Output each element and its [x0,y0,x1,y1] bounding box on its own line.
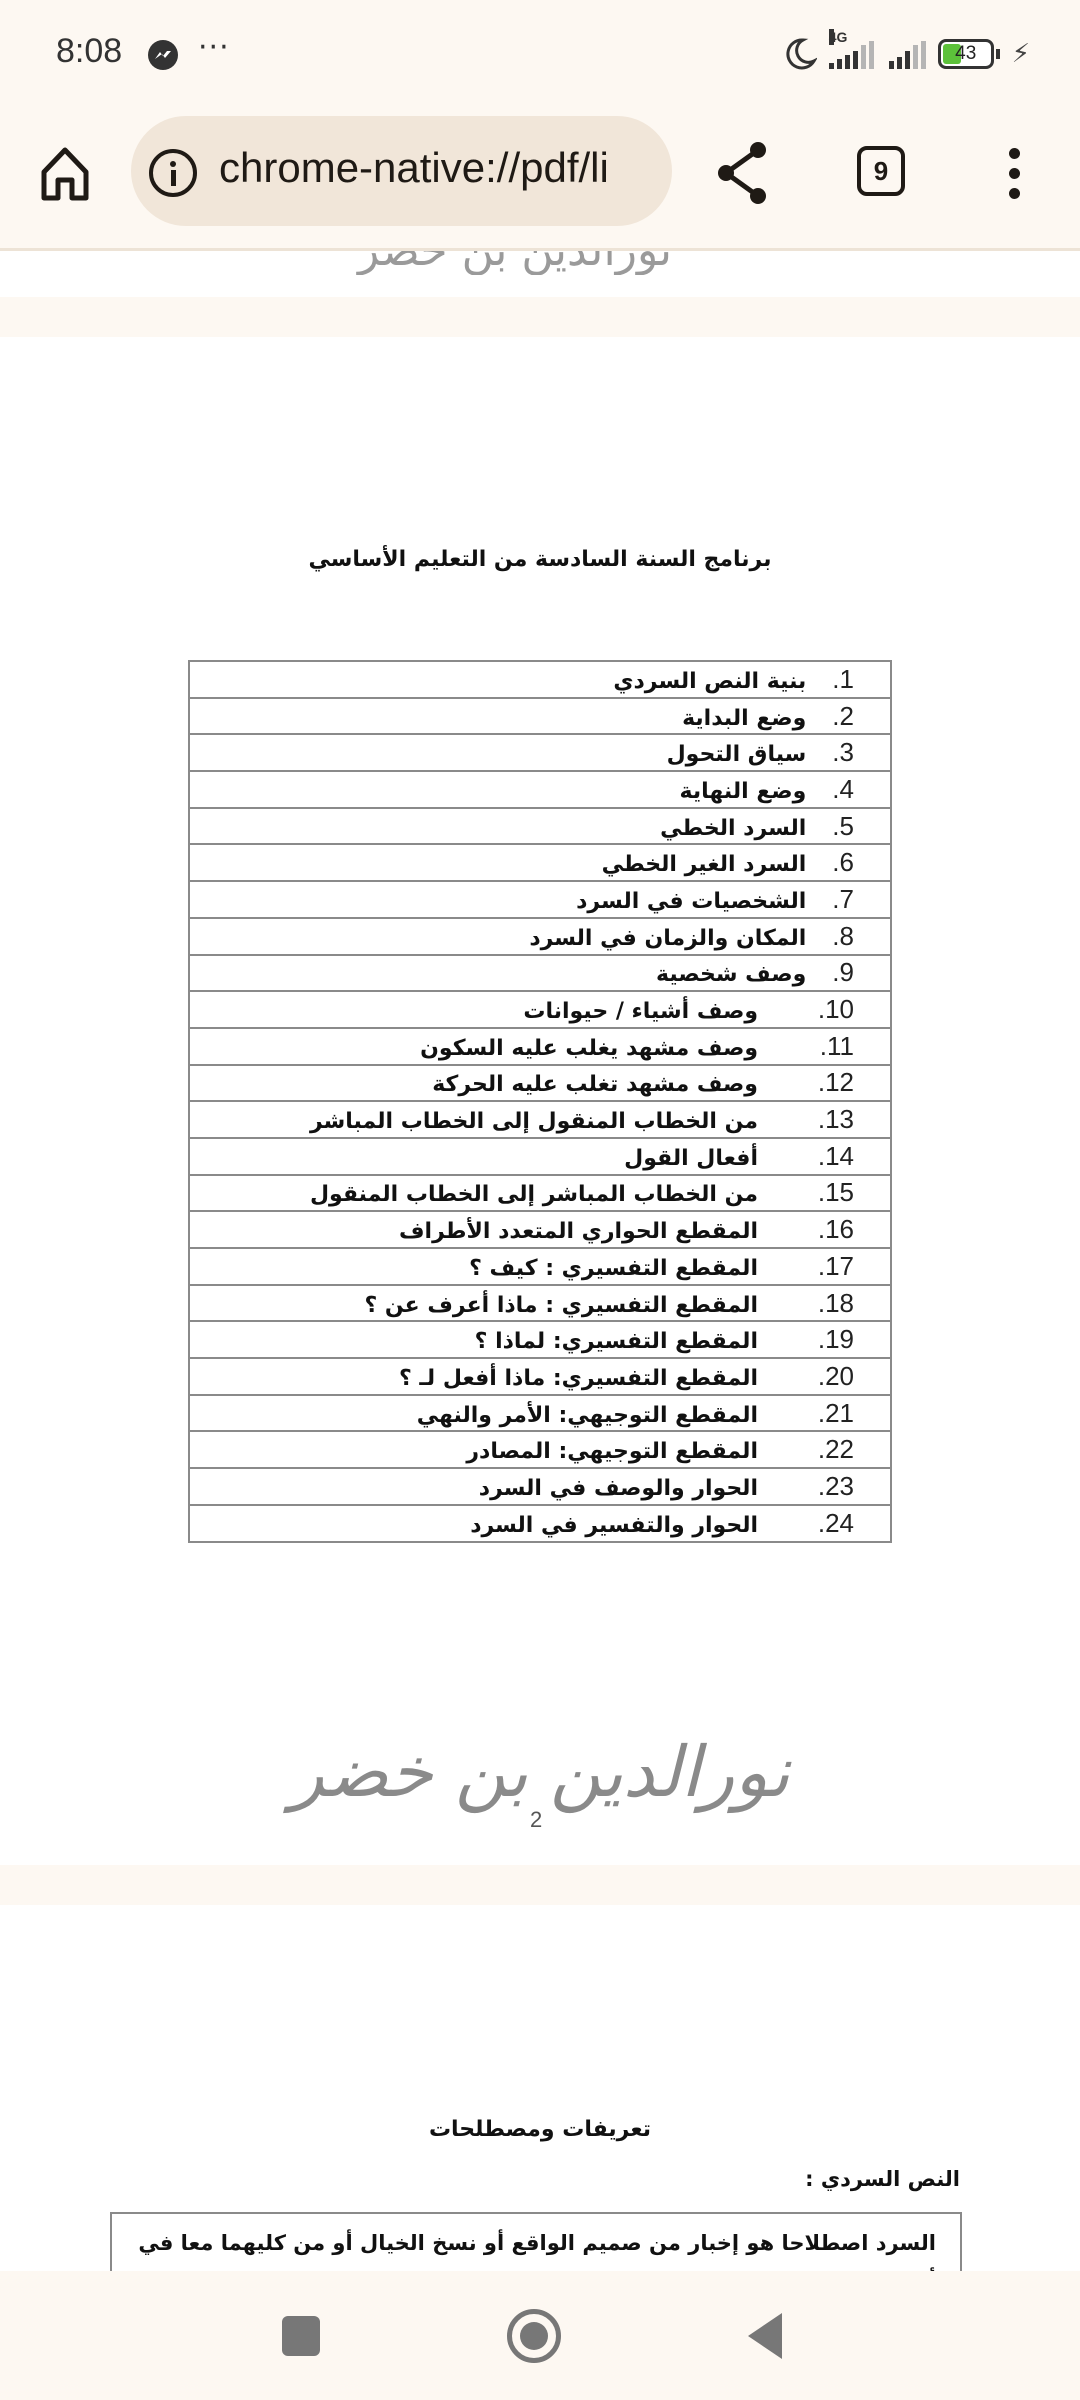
table-row: 9. وصف شخصية [189,955,891,992]
toc-table: 1. بنية النص السردي 2. وضع البداية 3. سي… [188,660,892,1543]
sub-heading: النص السردي : [805,2167,960,2191]
table-row: 7. الشخصيات في السرد [189,881,891,918]
item-label: المقطع التوجيهي: الأمر والنهي [417,1403,758,1428]
network-label: 4G [829,29,834,45]
item-number: 22. [794,1434,854,1465]
page-separator [0,297,1080,337]
item-label: أفعال القول [624,1146,758,1171]
item-label: وصف شخصية [656,962,806,987]
system-nav-bar [0,2271,1080,2400]
item-label: بنية النص السردي [613,669,806,694]
table-row: 11.وصف مشهد يغلب عليه السكون [189,1028,891,1065]
share-icon[interactable] [714,140,770,206]
tab-switcher-button[interactable]: 9 [857,146,905,196]
table-row: 24.الحوار والتفسير في السرد [189,1505,891,1542]
table-row: 19.المقطع التفسيري: لماذا ؟ [189,1321,891,1358]
item-label: الشخصيات في السرد [576,889,806,914]
page-title: برنامج السنة السادسة من التعليم الأساسي [0,547,1080,572]
item-number: 14. [794,1141,854,1172]
signal-4g-icon: 4G [829,39,877,69]
item-number: 6. [814,847,854,878]
item-label: من الخطاب المباشر إلى الخطاب المنقول [310,1182,758,1207]
item-number: 24. [794,1508,854,1539]
section-title: تعريفات ومصطلحات [0,2117,1080,2142]
item-label: المقطع التفسيري: لماذا ؟ [475,1329,758,1354]
table-row: 20.المقطع التفسيري: ماذا أفعل لـ ؟ [189,1358,891,1395]
definition-text: السرد اصطلاحا هو إخبار من صميم الواقع أو… [136,2224,936,2271]
item-number: 3. [814,737,854,768]
page-number: 2 [530,1807,542,1833]
pdf-viewer[interactable]: نورالدين بن خضر برنامج السنة السادسة من … [0,251,1080,2271]
table-row: 14.أفعال القول [189,1138,891,1175]
status-bar: 8:08 ··· 4G 43 ⚡︎ [0,0,1080,110]
item-label: المقطع التفسيري: ماذا أفعل لـ ؟ [399,1366,758,1391]
table-row: 8. المكان والزمان في السرد [189,918,891,955]
table-row: 17.المقطع التفسيري : كيف ؟ [189,1248,891,1285]
table-row: 5. السرد الخطي [189,808,891,845]
messenger-icon [148,40,178,70]
item-number: 12. [794,1067,854,1098]
table-row: 23.الحوار والوصف في السرد [189,1468,891,1505]
table-row: 16.المقطع الحواري المتعدد الأطراف [189,1211,891,1248]
item-label: وصف مشهد يغلب عليه السكون [420,1036,758,1061]
item-label: سياق التحول [667,742,807,767]
table-row: 6. السرد الغير الخطي [189,844,891,881]
back-button[interactable] [748,2313,782,2359]
recents-button[interactable] [282,2316,320,2356]
page-separator [0,1865,1080,1905]
item-number: 16. [794,1214,854,1245]
status-time: 8:08 [56,32,122,71]
overflow-menu-icon[interactable] [1000,148,1028,200]
more-notifications-icon: ··· [198,30,230,65]
browser-toolbar: chrome-native://pdf/li 9 [0,110,1080,251]
table-row: 15.من الخطاب المباشر إلى الخطاب المنقول [189,1175,891,1212]
item-number: 15. [794,1177,854,1208]
item-number: 2. [814,701,854,732]
item-label: السرد الغير الخطي [602,852,807,877]
info-icon[interactable] [149,149,197,197]
url-text[interactable]: chrome-native://pdf/li [219,144,664,192]
item-number: 23. [794,1471,854,1502]
home-icon[interactable] [40,144,90,204]
item-number: 20. [794,1361,854,1392]
table-row: 21.المقطع التوجيهي: الأمر والنهي [189,1395,891,1432]
item-number: 19. [794,1324,854,1355]
item-label: الحوار والوصف في السرد [479,1476,758,1501]
battery-tip [996,49,1000,59]
item-label: السرد الخطي [660,816,806,841]
table-row: 2. وضع البداية [189,698,891,735]
signal-icon [889,39,926,69]
item-label: وصف مشهد تغلب عليه الحركة [432,1072,758,1097]
table-row: 13.من الخطاب المنقول إلى الخطاب المباشر [189,1101,891,1138]
item-label: وصف أشياء / حيوانات [523,999,758,1024]
item-number: 5. [814,811,854,842]
item-number: 13. [794,1104,854,1135]
author-signature: نورالدين بن خضر [0,1731,1080,1813]
previous-page-signature: نورالدين بن خضر [290,251,740,275]
item-number: 7. [814,884,854,915]
item-label: وضع النهاية [680,779,807,804]
item-number: 4. [814,774,854,805]
item-number: 8. [814,921,854,952]
item-number: 11. [794,1031,854,1062]
charging-icon: ⚡︎ [1012,39,1030,69]
item-number: 9. [814,957,854,988]
table-row: 1. بنية النص السردي [189,661,891,698]
item-label: الحوار والتفسير في السرد [470,1513,758,1538]
address-bar[interactable]: chrome-native://pdf/li [131,116,672,226]
item-label: من الخطاب المنقول إلى الخطاب المباشر [310,1109,758,1134]
table-row: 10.وصف أشياء / حيوانات [189,991,891,1028]
moon-icon [783,37,817,71]
home-button[interactable] [507,2309,561,2363]
table-row: 18.المقطع التفسيري : ماذا أعرف عن ؟ [189,1285,891,1322]
table-row: 12.وصف مشهد تغلب عليه الحركة [189,1065,891,1102]
definition-box: السرد اصطلاحا هو إخبار من صميم الواقع أو… [110,2212,962,2271]
battery-icon: 43 [938,39,994,69]
item-label: المكان والزمان في السرد [529,926,806,951]
item-label: وضع البداية [682,706,806,731]
item-label: المقطع الحواري المتعدد الأطراف [399,1219,758,1244]
table-row: 3. سياق التحول [189,734,891,771]
item-number: 18. [794,1288,854,1319]
item-number: 10. [794,994,854,1025]
item-label: المقطع التوجيهي: المصادر [466,1439,758,1464]
table-row: 22.المقطع التوجيهي: المصادر [189,1431,891,1468]
status-icons: 4G 43 ⚡︎ [783,34,1030,74]
item-label: المقطع التفسيري : كيف ؟ [469,1256,758,1281]
battery-level: 43 [941,43,991,65]
item-number: 17. [794,1251,854,1282]
item-number: 1. [814,664,854,695]
table-row: 4. وضع النهاية [189,771,891,808]
item-label: المقطع التفسيري : ماذا أعرف عن ؟ [364,1293,758,1318]
item-number: 21. [794,1398,854,1429]
